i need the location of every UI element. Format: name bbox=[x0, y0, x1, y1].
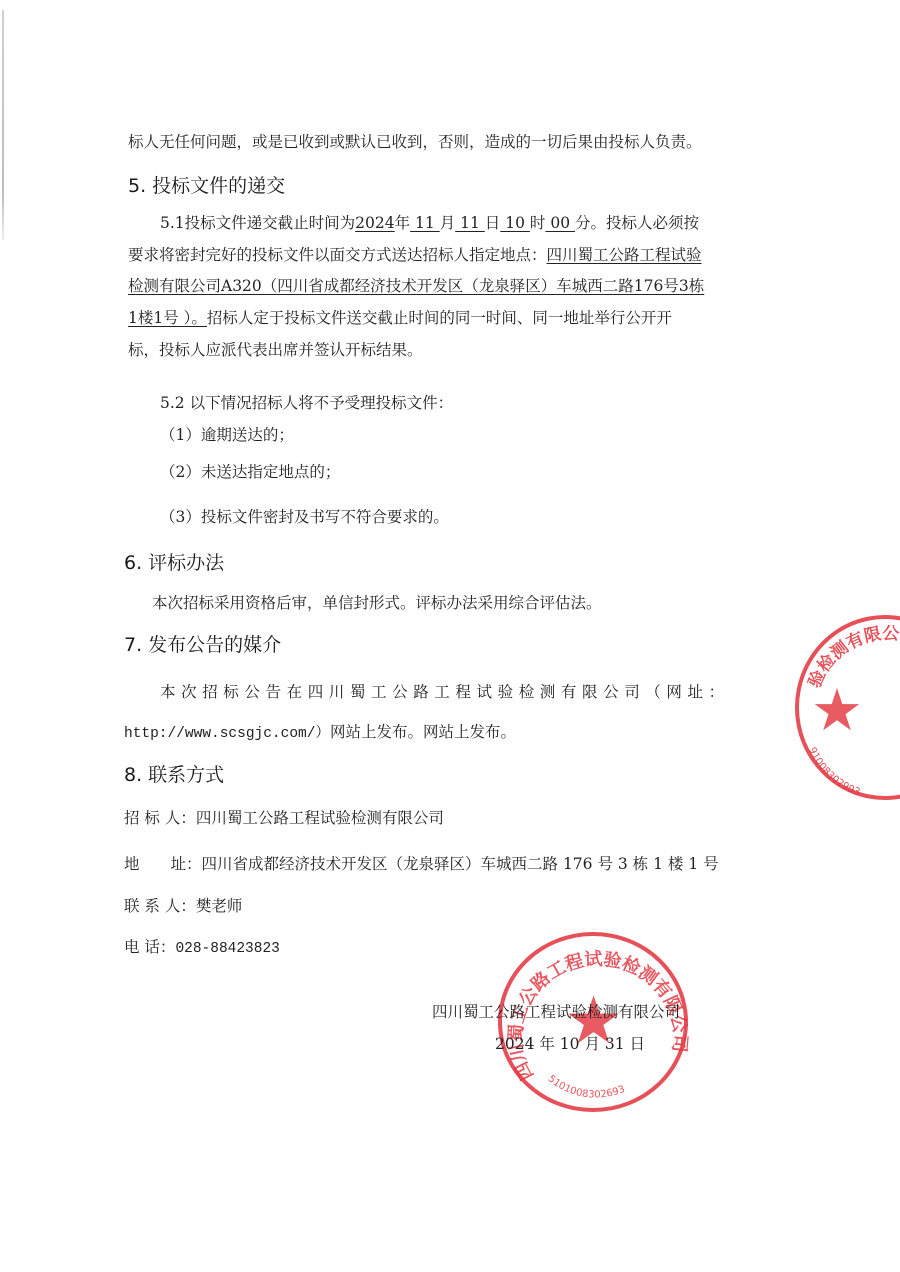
section-7-line-1: 本次招标公告在四川蜀工公路工程试验检测有限公司（网址： bbox=[160, 682, 730, 702]
section-7-title: 7. 发布公告的媒介 bbox=[124, 633, 281, 657]
deadline-day: 11 bbox=[455, 214, 485, 232]
continuation-line: 标人无任何问题，或是已收到或默认已收到，否则，造成的一切后果由投标人负责。 bbox=[128, 132, 702, 152]
section-5-1-line-5: 标，投标人应派代表出席并签认开标结果。 bbox=[128, 340, 423, 360]
section-5-title: 5. 投标文件的递交 bbox=[128, 174, 285, 198]
deadline-minute-unit: 分。投标人必须按 bbox=[575, 214, 699, 232]
seal-company-text: 验检测有限公司 bbox=[804, 624, 900, 691]
seal-ring-text: 四川蜀工公路工程试验检测有限公司 5101008302693 bbox=[502, 936, 692, 1116]
contact-label: 电 话： bbox=[124, 938, 175, 956]
deadline-year: 2024 bbox=[355, 214, 394, 232]
website-url[interactable]: http://www.scsgjc.com/） bbox=[124, 726, 330, 742]
contact-person: 联 系 人：樊老师 bbox=[124, 896, 242, 916]
opening-instruction: 招标人定于投标文件送交截止时间的同一时间、同一地址举行公开开 bbox=[207, 309, 672, 327]
contact-value: 樊老师 bbox=[196, 897, 243, 915]
section-5-1-line-2: 要求将密封完好的投标文件以面交方式送达招标人指定地点：四川蜀工公路工程试验 bbox=[128, 245, 702, 265]
contact-label: 地 址： bbox=[124, 855, 202, 873]
seal-code-text: 91008302993 bbox=[806, 746, 861, 799]
deadline-month-unit: 月 bbox=[440, 214, 456, 232]
company-seal-partial: ★ 验检测有限公司 91008302993 bbox=[795, 615, 900, 800]
svg-text:91008302993: 91008302993 bbox=[806, 746, 861, 799]
section-5-1-line-4: 1楼1号 ）。招标人定于投标文件送交截止时间的同一时间、同一地址举行公开开 bbox=[128, 308, 672, 328]
contact-address: 地 址：四川省成都经济技术开发区（龙泉驿区）车城西二路 176 号 3 栋 1 … bbox=[124, 854, 719, 874]
signature-date: 2024 年 10 月 31 日 bbox=[495, 1032, 645, 1054]
document-page: 标人无任何问题，或是已收到或默认已收到，否则，造成的一切后果由投标人负责。 5.… bbox=[0, 0, 900, 1272]
contact-label: 联 系 人： bbox=[124, 897, 196, 915]
seal-ring-text: 验检测有限公司 91008302993 bbox=[799, 619, 900, 804]
svg-text:验检测有限公司: 验检测有限公司 bbox=[804, 624, 900, 691]
deadline-hour-unit: 时 bbox=[530, 214, 546, 232]
section-5-2-title: 5.2 以下情况招标人将不予受理投标文件： bbox=[160, 393, 453, 413]
section-7-line-2: http://www.scsgjc.com/）网站上发布。网站上发布。 bbox=[124, 722, 516, 744]
seal-code-text: 5101008302693 bbox=[546, 1073, 627, 1100]
contact-label: 招 标 人： bbox=[124, 809, 196, 827]
delivery-location-part-1: 四川蜀工公路工程试验 bbox=[547, 246, 702, 264]
svg-text:5101008302693: 5101008302693 bbox=[546, 1073, 627, 1100]
delivery-location-part-2: 检测有限公司A320（四川省成都经济技术开发区（龙泉驿区）车城西二路176号3栋 bbox=[128, 277, 704, 295]
rejection-item-3: （3）投标文件密封及书写不符合要求的。 bbox=[160, 507, 449, 527]
contact-value: 四川蜀工公路工程试验检测有限公司 bbox=[196, 809, 444, 827]
deadline-month: 11 bbox=[410, 214, 440, 232]
contact-value: 028-88423823 bbox=[175, 941, 279, 957]
contact-tenderer: 招 标 人：四川蜀工公路工程试验检测有限公司 bbox=[124, 808, 444, 828]
deadline-hour: 10 bbox=[500, 214, 530, 232]
deadline-minute: 00 bbox=[545, 214, 575, 232]
section-6-body: 本次招标采用资格后审，单信封形式。评标办法采用综合评估法。 bbox=[152, 593, 602, 613]
rejection-item-1: （1）逾期送达的； bbox=[160, 425, 294, 445]
seal-star-icon: ★ bbox=[811, 681, 863, 739]
publish-note: 网站上发布。网站上发布。 bbox=[330, 723, 516, 741]
delivery-location-part-3: 1楼1号 ）。 bbox=[128, 309, 207, 327]
section-6-title: 6. 评标办法 bbox=[124, 551, 224, 575]
deadline-year-unit: 年 bbox=[395, 214, 411, 232]
deadline-day-unit: 日 bbox=[485, 214, 501, 232]
contact-value: 四川省成都经济技术开发区（龙泉驿区）车城西二路 176 号 3 栋 1 楼 1 … bbox=[202, 855, 719, 873]
company-seal: ★ 四川蜀工公路工程试验检测有限公司 5101008302693 bbox=[498, 932, 688, 1112]
deadline-prefix: 5.1投标文件递交截止时间为 bbox=[160, 214, 355, 232]
section-5-1-line-1: 5.1投标文件递交截止时间为2024年 11 月 11 日 10 时 00 分。… bbox=[160, 213, 699, 233]
contact-phone: 电 话：028-88423823 bbox=[124, 937, 280, 959]
rejection-item-2: （2）未送达指定地点的； bbox=[160, 462, 340, 482]
section-8-title: 8. 联系方式 bbox=[124, 763, 224, 787]
section-5-1-line-3: 检测有限公司A320（四川省成都经济技术开发区（龙泉驿区）车城西二路176号3栋 bbox=[128, 276, 704, 296]
delivery-instruction: 要求将密封完好的投标文件以面交方式送达招标人指定地点： bbox=[128, 246, 547, 264]
signature-company: 四川蜀工公路工程试验检测有限公司 bbox=[432, 1000, 680, 1022]
